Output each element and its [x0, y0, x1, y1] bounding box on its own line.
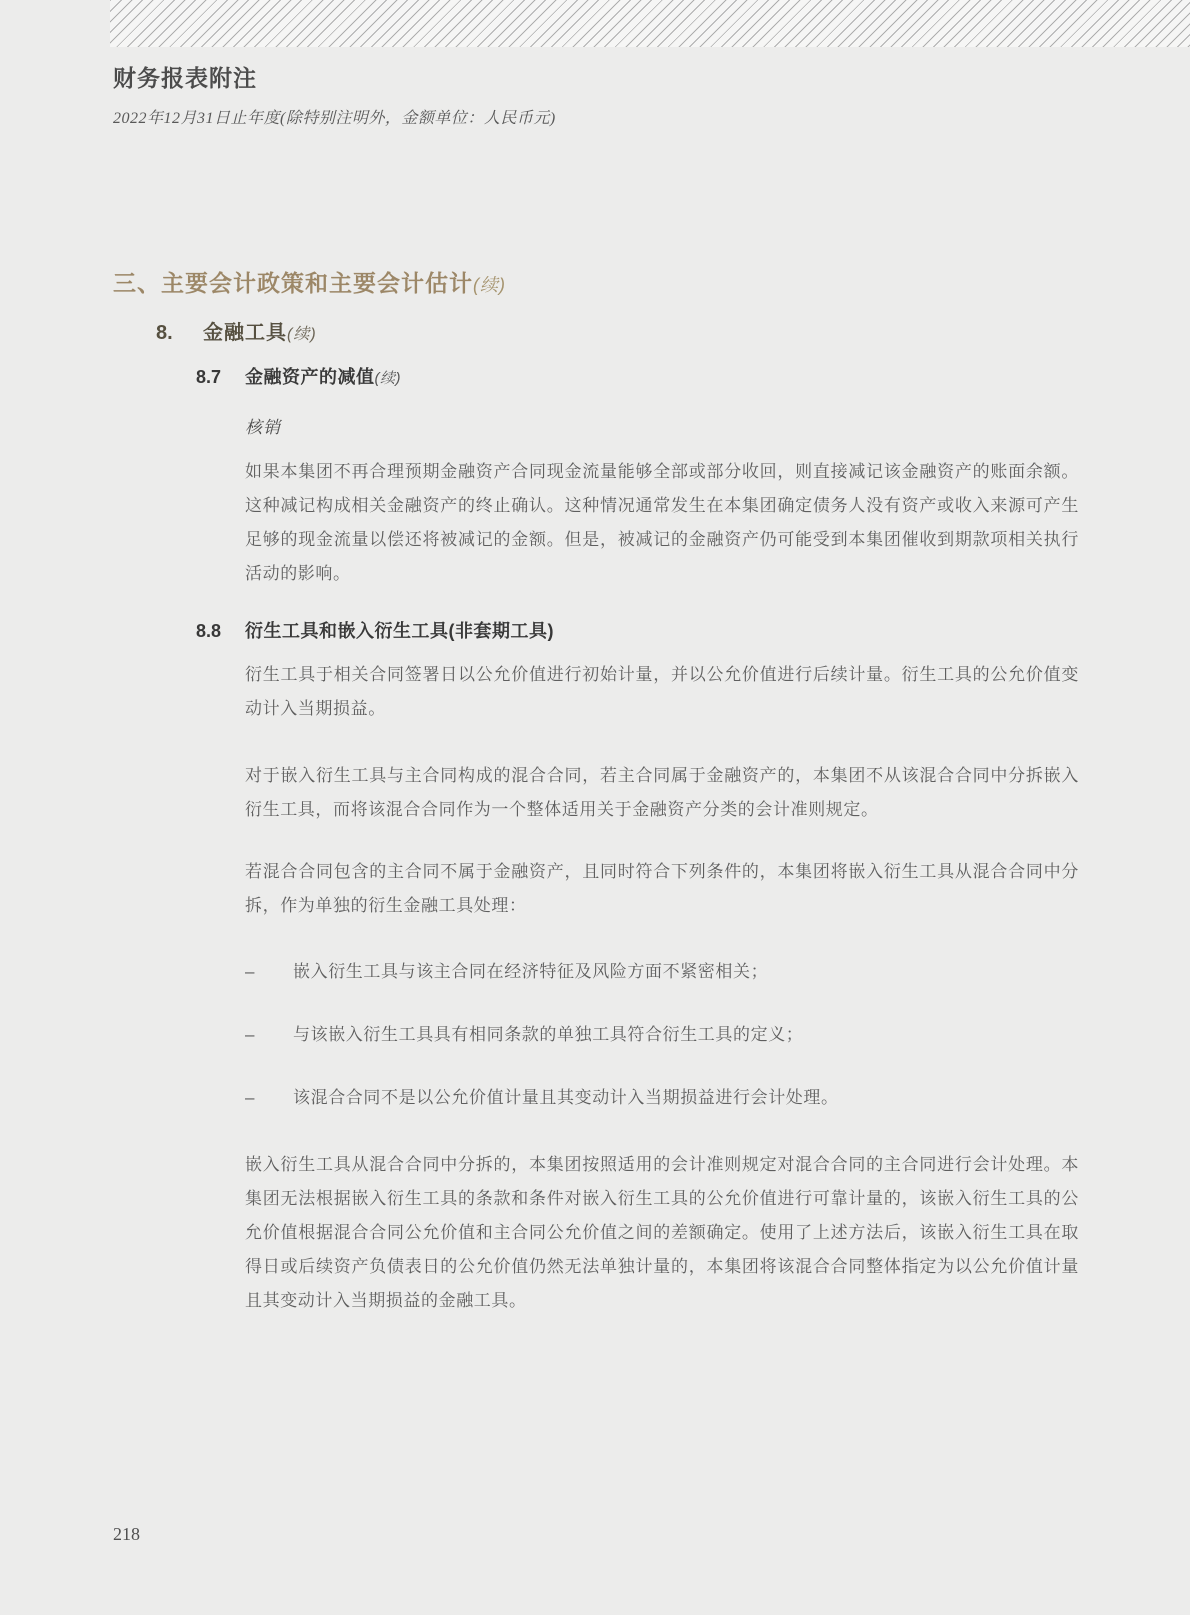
list-item-text: 嵌入衍生工具与该主合同在经济特征及风险方面不紧密相关；	[293, 955, 1079, 989]
subsection-title-text: 金融工具	[203, 322, 287, 344]
derivatives-paragraph-hybrid-asset: 对于嵌入衍生工具与主合同构成的混合合同，若主合同属于金融资产的，本集团不从该混合…	[245, 759, 1079, 827]
list-item-text: 与该嵌入衍生工具具有相同条款的单独工具符合衍生工具的定义；	[293, 1018, 1079, 1052]
notes-content: 三、主要会计政策和主要会计估计(续) 8. 金融工具(续) 8.7 金融资产的减…	[113, 268, 1079, 1318]
derivatives-paragraph-hybrid-nonasset: 若混合合同包含的主合同不属于金融资产，且同时符合下列条件的，本集团将嵌入衍生工具…	[245, 855, 1079, 923]
writeoff-paragraph: 如果本集团不再合理预期金融资产合同现金流量能够全部或部分收回，则直接减记该金融资…	[245, 455, 1079, 591]
derivatives-paragraph-split-accounting: 嵌入衍生工具从混合合同中分拆的，本集团按照适用的会计准则规定对混合合同的主合同进…	[245, 1148, 1079, 1318]
derivatives-paragraph-initial-measurement: 衍生工具于相关合同签署日以公允价值进行初始计量，并以公允价值进行后续计量。衍生工…	[245, 658, 1079, 726]
document-subtitle: 2022年12月31日止年度(除特别注明外，金额单位：人民币元)	[113, 105, 556, 128]
subsection-title: 衍生工具和嵌入衍生工具(非套期工具)	[245, 619, 554, 644]
subsection-derivatives: 8.8 衍生工具和嵌入衍生工具(非套期工具)	[196, 619, 1079, 644]
list-item: – 该混合合同不是以公允价值计量且其变动计入当期损益进行会计处理。	[245, 1081, 1079, 1115]
subsection-number: 8.	[156, 322, 203, 345]
subsection-impairment: 8.7 金融资产的减值(续)	[196, 365, 1079, 391]
subsection-financial-instruments: 8. 金融工具(续)	[156, 320, 1079, 348]
subsection-title: 金融资产的减值(续)	[245, 365, 401, 391]
section-heading-text: 三、主要会计政策和主要会计估计	[113, 270, 473, 296]
list-item-text: 该混合合同不是以公允价值计量且其变动计入当期损益进行会计处理。	[293, 1081, 1079, 1115]
dash-bullet-marker: –	[245, 1081, 293, 1115]
document-header: 财务报表附注 2022年12月31日止年度(除特别注明外，金额单位：人民币元)	[113, 60, 556, 128]
subsection-number: 8.7	[196, 367, 245, 388]
section-continued-marker: (续)	[473, 275, 506, 295]
subsection-continued-marker: (续)	[287, 326, 317, 343]
dash-bullet-marker: –	[245, 955, 293, 989]
document-title: 财务报表附注	[113, 60, 556, 93]
page-number: 218	[113, 1524, 140, 1545]
hatched-banner	[110, 0, 1190, 47]
subsection-title-text: 金融资产的减值	[245, 367, 375, 387]
subsection-number: 8.8	[196, 621, 245, 642]
subsection-continued-marker: (续)	[375, 370, 402, 387]
section-heading: 三、主要会计政策和主要会计估计(续)	[113, 268, 1079, 300]
writeoff-subheading: 核销	[245, 415, 1079, 440]
list-item: – 与该嵌入衍生工具具有相同条款的单独工具符合衍生工具的定义；	[245, 1018, 1079, 1052]
subsection-title: 金融工具(续)	[203, 320, 317, 348]
dash-bullet-marker: –	[245, 1018, 293, 1052]
list-item: – 嵌入衍生工具与该主合同在经济特征及风险方面不紧密相关；	[245, 955, 1079, 989]
